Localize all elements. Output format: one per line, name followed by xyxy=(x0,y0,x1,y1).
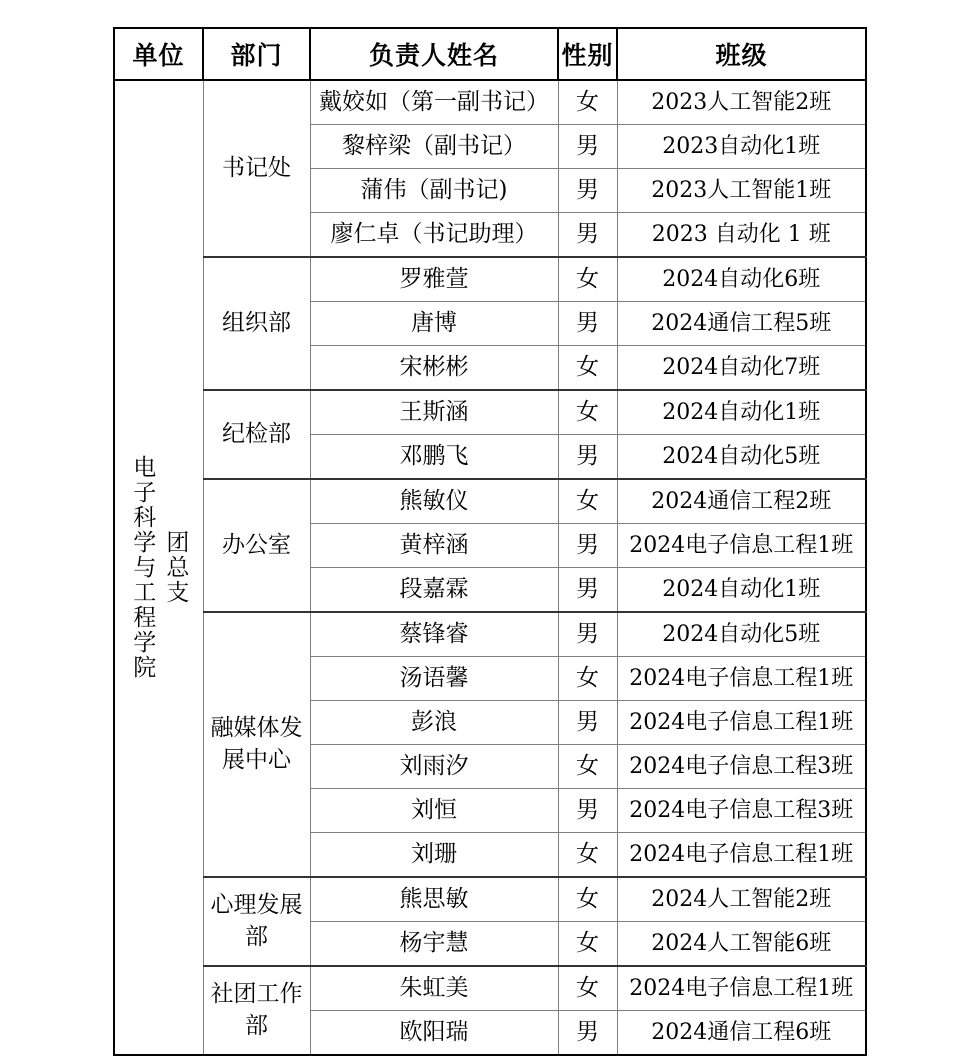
gender-cell: 女 xyxy=(558,80,617,125)
header-row: 单位 部门 负责人姓名 性别 班级 xyxy=(114,28,866,80)
person-name-cell: 段嘉霖 xyxy=(310,568,558,613)
gender-cell: 男 xyxy=(558,169,617,213)
unit-vertical-text: 电子科学与工程学院团总支 xyxy=(117,455,201,680)
gender-cell: 男 xyxy=(558,524,617,568)
gender-cell: 女 xyxy=(558,833,617,878)
class-cell: 2023自动化1班 xyxy=(617,125,866,169)
person-name-cell: 黎梓梁（副书记） xyxy=(310,125,558,169)
class-cell: 2024自动化7班 xyxy=(617,346,866,391)
department-cell: 心理发展部 xyxy=(203,877,310,966)
person-name-cell: 汤语馨 xyxy=(310,657,558,701)
class-cell: 2024自动化6班 xyxy=(617,257,866,302)
table-row: 办公室熊敏仪女2024通信工程2班 xyxy=(114,479,866,524)
roster-table: 单位 部门 负责人姓名 性别 班级 电子科学与工程学院团总支书记处戴姣如（第一副… xyxy=(113,27,867,1056)
gender-cell: 女 xyxy=(558,657,617,701)
gender-cell: 女 xyxy=(558,346,617,391)
table-row: 融媒体发展中心蔡锋睿男2024自动化5班 xyxy=(114,612,866,657)
gender-cell: 女 xyxy=(558,966,617,1011)
column-header-department: 部门 xyxy=(203,28,310,80)
unit-cell: 电子科学与工程学院团总支 xyxy=(114,80,203,1055)
gender-cell: 女 xyxy=(558,922,617,967)
gender-cell: 男 xyxy=(558,701,617,745)
class-cell: 2024自动化5班 xyxy=(617,435,866,480)
table-row: 组织部罗雅萱女2024自动化6班 xyxy=(114,257,866,302)
column-header-gender: 性别 xyxy=(558,28,617,80)
gender-cell: 男 xyxy=(558,1011,617,1056)
gender-cell: 男 xyxy=(558,302,617,346)
class-cell: 2024人工智能2班 xyxy=(617,877,866,922)
department-cell: 融媒体发展中心 xyxy=(203,612,310,877)
person-name-cell: 王斯涵 xyxy=(310,390,558,435)
gender-cell: 男 xyxy=(558,568,617,613)
unit-college-text: 电子科学与工程学院 xyxy=(130,455,154,680)
person-name-cell: 罗雅萱 xyxy=(310,257,558,302)
department-cell: 社团工作部 xyxy=(203,966,310,1055)
gender-cell: 男 xyxy=(558,125,617,169)
column-header-class: 班级 xyxy=(617,28,866,80)
department-cell: 办公室 xyxy=(203,479,310,612)
person-name-cell: 宋彬彬 xyxy=(310,346,558,391)
gender-cell: 男 xyxy=(558,612,617,657)
class-cell: 2024自动化1班 xyxy=(617,390,866,435)
person-name-cell: 刘雨汐 xyxy=(310,745,558,789)
class-cell: 2024电子信息工程3班 xyxy=(617,789,866,833)
table-row: 纪检部王斯涵女2024自动化1班 xyxy=(114,390,866,435)
person-name-cell: 朱虹美 xyxy=(310,966,558,1011)
class-cell: 2023 自动化 1 班 xyxy=(617,213,866,258)
class-cell: 2024电子信息工程1班 xyxy=(617,701,866,745)
gender-cell: 男 xyxy=(558,435,617,480)
class-cell: 2024电子信息工程1班 xyxy=(617,966,866,1011)
department-cell: 书记处 xyxy=(203,80,310,257)
table-row: 心理发展部熊思敏女2024人工智能2班 xyxy=(114,877,866,922)
class-cell: 2024电子信息工程1班 xyxy=(617,524,866,568)
gender-cell: 女 xyxy=(558,257,617,302)
gender-cell: 女 xyxy=(558,745,617,789)
class-cell: 2024通信工程2班 xyxy=(617,479,866,524)
table-row: 社团工作部朱虹美女2024电子信息工程1班 xyxy=(114,966,866,1011)
department-cell: 纪检部 xyxy=(203,390,310,479)
class-cell: 2023人工智能2班 xyxy=(617,80,866,125)
class-cell: 2024电子信息工程1班 xyxy=(617,833,866,878)
gender-cell: 女 xyxy=(558,390,617,435)
person-name-cell: 彭浪 xyxy=(310,701,558,745)
class-cell: 2024人工智能6班 xyxy=(617,922,866,967)
department-cell: 组织部 xyxy=(203,257,310,390)
person-name-cell: 蔡锋睿 xyxy=(310,612,558,657)
document-page: 单位 部门 负责人姓名 性别 班级 电子科学与工程学院团总支书记处戴姣如（第一副… xyxy=(0,0,977,1059)
gender-cell: 男 xyxy=(558,213,617,258)
class-cell: 2024通信工程5班 xyxy=(617,302,866,346)
person-name-cell: 唐博 xyxy=(310,302,558,346)
class-cell: 2023人工智能1班 xyxy=(617,169,866,213)
person-name-cell: 黄梓涵 xyxy=(310,524,558,568)
gender-cell: 女 xyxy=(558,479,617,524)
person-name-cell: 欧阳瑞 xyxy=(310,1011,558,1056)
class-cell: 2024自动化5班 xyxy=(617,612,866,657)
unit-branch-text: 团总支 xyxy=(163,530,187,605)
column-header-unit: 单位 xyxy=(114,28,203,80)
person-name-cell: 熊敏仪 xyxy=(310,479,558,524)
person-name-cell: 刘珊 xyxy=(310,833,558,878)
class-cell: 2024电子信息工程3班 xyxy=(617,745,866,789)
person-name-cell: 刘恒 xyxy=(310,789,558,833)
person-name-cell: 戴姣如（第一副书记） xyxy=(310,80,558,125)
person-name-cell: 廖仁卓（书记助理） xyxy=(310,213,558,258)
person-name-cell: 杨宇慧 xyxy=(310,922,558,967)
person-name-cell: 熊思敏 xyxy=(310,877,558,922)
column-header-name: 负责人姓名 xyxy=(310,28,558,80)
table-row: 电子科学与工程学院团总支书记处戴姣如（第一副书记）女2023人工智能2班 xyxy=(114,80,866,125)
class-cell: 2024通信工程6班 xyxy=(617,1011,866,1056)
class-cell: 2024电子信息工程1班 xyxy=(617,657,866,701)
class-cell: 2024自动化1班 xyxy=(617,568,866,613)
gender-cell: 男 xyxy=(558,789,617,833)
person-name-cell: 蒲伟（副书记) xyxy=(310,169,558,213)
table-body: 电子科学与工程学院团总支书记处戴姣如（第一副书记）女2023人工智能2班黎梓梁（… xyxy=(114,80,866,1055)
person-name-cell: 邓鹏飞 xyxy=(310,435,558,480)
gender-cell: 女 xyxy=(558,877,617,922)
